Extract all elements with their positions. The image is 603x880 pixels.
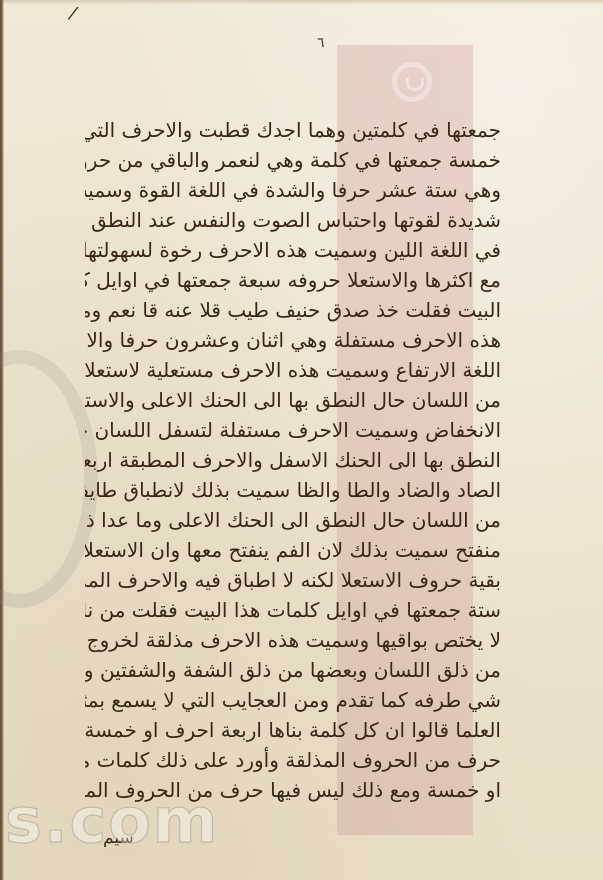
- text-line: ستة جمعتها في اوايل كلمات هذا البيت فقلت…: [85, 595, 501, 625]
- text-line: جمعتها في كلمتين وهما اجدك قطبت والاحرف …: [85, 115, 501, 145]
- text-line: هذه الاحرف مستفلة وهي اثنان وعشرون حرفا …: [85, 325, 501, 355]
- text-line: الانخفاض وسميت الاحرف مستفلة لتسفل اللسا…: [85, 415, 501, 445]
- text-line: النطق بها الى الحنك الاسفل والاحرف المطب…: [85, 445, 501, 475]
- text-line: حرف من الحروف المذلقة وأورد على ذلك كلما…: [85, 745, 501, 775]
- text-line: الصاد والضاد والطا والظا سميت بذلك لانطب…: [85, 475, 501, 505]
- page-number: ٦: [317, 35, 325, 51]
- text-line: بقية حروف الاستعلا لكنه لا اطباق فيه وال…: [85, 565, 501, 595]
- text-line: شديدة لقوتها واحتباس الصوت والنفس عند ال…: [85, 205, 501, 235]
- text-line: البيت فقلت خذ صدق حنيف طيب قلا عنه قا نع…: [85, 295, 501, 325]
- text-line: اللغة الارتفاع وسميت هذه الاحرف مستعلية …: [85, 355, 501, 385]
- text-line: في اللغة اللين وسميت هذه الاحرف رخوة لسه…: [85, 235, 501, 265]
- text-line: العلما قالوا ان كل كلمة بناها اربعة احرف…: [85, 715, 501, 745]
- text-line: لا يختص بواقيها وسميت هذه الاحرف مذلقة ل…: [85, 625, 501, 655]
- text-line: مع اكثرها والاستعلا حروفه سبعة جمعتها في…: [85, 265, 501, 295]
- text-line: من اللسان حال النطق الى الحنك الاعلى وما…: [85, 505, 501, 535]
- page-top-edge: [0, 0, 603, 5]
- watermark-logo-icon: [392, 62, 432, 102]
- text-line: شي طرفه كما تقدم ومن العجايب التي لا يسم…: [85, 685, 501, 715]
- water-stain: [0, 350, 98, 608]
- text-line: من اللسان حال النطق بها الى الحنك الاعلى…: [85, 385, 501, 415]
- manuscript-text: جمعتها في كلمتين وهما اجدك قطبت والاحرف …: [85, 115, 501, 805]
- text-line: وهي ستة عشر حرفا والشدة في اللغة القوة و…: [85, 175, 501, 205]
- text-line: خمسة جمعتها في كلمة وهي لنعمر والباقي من…: [85, 145, 501, 175]
- watermark-text: s.com: [5, 790, 219, 852]
- text-line: منفتح سميت بذلك لان الفم ينفتح معها وان …: [85, 535, 501, 565]
- folio-mark: /: [67, 3, 80, 25]
- manuscript-page: / ٦ جمعتها في كلمتين وهما اجدك قطبت والا…: [0, 0, 603, 880]
- text-line: من ذلق اللسان وبعضها من ذلق الشفة والشفت…: [85, 655, 501, 685]
